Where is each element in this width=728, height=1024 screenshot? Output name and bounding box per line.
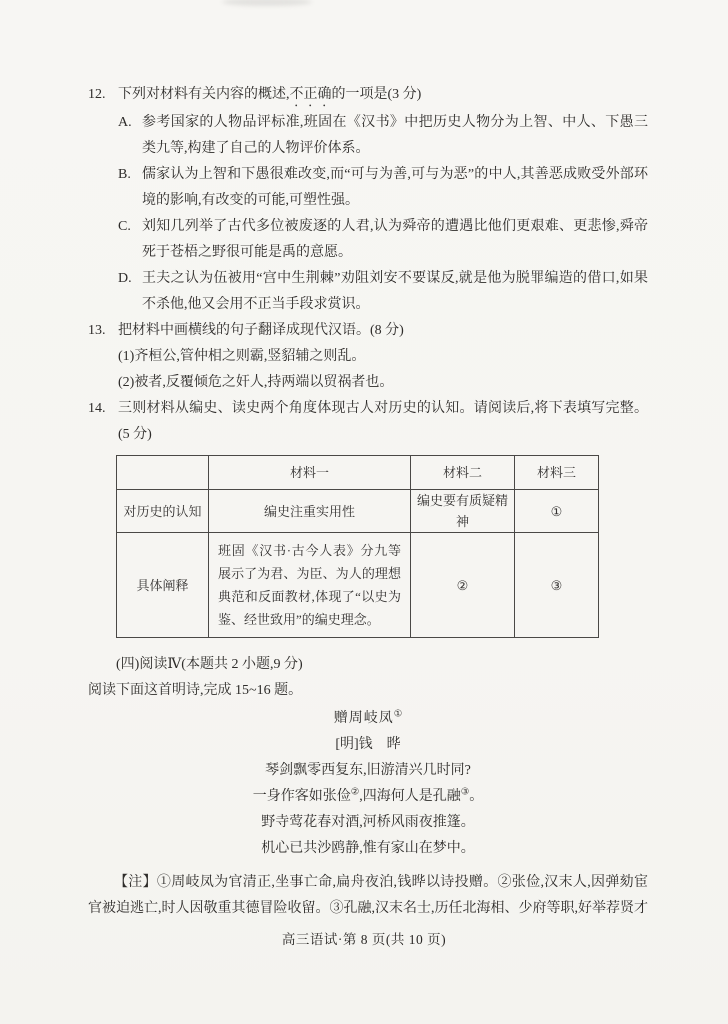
option-d-text: 王夫之认为伍被用“宫中生荆棘”劝阻刘安不要谋反,就是他为脱罪编造的借口,如果不杀… <box>142 266 648 318</box>
stem-emphasized: 不正确 <box>290 87 332 102</box>
question-14-body: 三则材料从编史、读史两个角度体现古人对历史的认知。请阅读后,将下表填写完整。(5… <box>118 396 648 448</box>
exam-page: 12. 下列对材料有关内容的概述,不正确的一项是(3 分) A. 参考国家的人物… <box>0 0 728 1024</box>
option-d-label: D. <box>118 266 142 318</box>
translation-item-2: (2)被者,反覆倾危之奸人,持两端以贸祸者也。 <box>118 370 648 396</box>
poem-title-line: 赠周岐凤① <box>88 706 648 732</box>
question-14: 14. 三则材料从编史、读史两个角度体现古人对历史的认知。请阅读后,将下表填写完… <box>88 396 648 448</box>
cognition-material-1: 编史注重实用性 <box>209 490 411 533</box>
question-13: 13. 把材料中画横线的句子翻译成现代汉语。(8 分) (1)齐桓公,管仲相之则… <box>88 318 648 396</box>
stem-post: 的一项是(3 分) <box>332 87 422 102</box>
row-label-cognition: 对历史的认知 <box>117 490 209 533</box>
question-12-number: 12. <box>88 82 118 318</box>
explanation-material-1: 班固《汉书·古今人表》分九等展示了为君、为臣、为人的理想典范和反面教材,体现了“… <box>209 533 411 638</box>
option-a-label: A. <box>118 110 142 162</box>
option-c-text: 刘知几列举了古代多位被废逐的人君,认为舜帝的遭遇比他们更艰难、更悲惨,舜帝死于苍… <box>142 214 648 266</box>
stem-pre: 下列对材料有关内容的概述, <box>118 87 290 102</box>
question-14-stem: 三则材料从编史、读史两个角度体现古人对历史的认知。请阅读后,将下表填写完整。(5… <box>118 396 648 448</box>
option-b: B. 儒家认为上智和下愚很难改变,而“可与为善,可与为恶”的中人,其善恶成败受外… <box>118 162 648 214</box>
poem-line-1: 琴剑飘零西复东,旧游清兴几时同? <box>88 758 648 784</box>
header-material-1: 材料一 <box>209 456 411 490</box>
question-14-number: 14. <box>88 396 118 448</box>
question-13-stem: 把材料中画横线的句子翻译成现代汉语。(8 分) <box>118 318 648 344</box>
option-b-text: 儒家认为上智和下愚很难改变,而“可与为善,可与为恶”的中人,其善恶成败受外部环境… <box>142 162 648 214</box>
note-marker-3: ③ <box>461 787 470 797</box>
question-12-body: 下列对材料有关内容的概述,不正确的一项是(3 分) A. 参考国家的人物品评标准… <box>118 82 648 318</box>
poem-annotations: 【注】①周岐凤为官清正,坐事亡命,扁舟夜泊,钱晔以诗投赠。②张俭,汉末人,因弹劾… <box>88 870 648 922</box>
q14-table: 材料一 材料二 材料三 对历史的认知 编史注重实用性 编史要有质疑精神 ① 具体… <box>116 455 599 638</box>
explanation-material-2-blank: ② <box>411 533 515 638</box>
page-content: 12. 下列对材料有关内容的概述,不正确的一项是(3 分) A. 参考国家的人物… <box>88 82 648 922</box>
option-a-text: 参考国家的人物品评标准,班固在《汉书》中把历史人物分为上智、中人、下愚三类九等,… <box>142 110 648 162</box>
note-marker-2: ② <box>351 787 360 797</box>
poem-line-2: 一身作客如张俭②,四海何人是孔融③。 <box>88 784 648 810</box>
table-header-row: 材料一 材料二 材料三 <box>117 456 599 490</box>
poem-title: 赠周岐凤 <box>334 711 394 726</box>
section-4-heading: (四)阅读Ⅳ(本题共 2 小题,9 分) <box>88 652 648 678</box>
question-12: 12. 下列对材料有关内容的概述,不正确的一项是(3 分) A. 参考国家的人物… <box>88 82 648 318</box>
poem-line-2-b: ,四海何人是孔融 <box>359 789 461 804</box>
option-c-label: C. <box>118 214 142 266</box>
row-label-explanation: 具体阐释 <box>117 533 209 638</box>
poem-author: [明]钱 晔 <box>88 732 648 758</box>
table-corner-cell <box>117 456 209 490</box>
option-d: D. 王夫之认为伍被用“宫中生荆棘”劝阻刘安不要谋反,就是他为脱罪编造的借口,如… <box>118 266 648 318</box>
scan-artifact <box>222 0 312 6</box>
page-footer: 高三语试·第 8 页(共 10 页) <box>0 928 728 948</box>
translation-item-1: (1)齐桓公,管仲相之则霸,竖貂辅之则乱。 <box>118 344 648 370</box>
question-13-body: 把材料中画横线的句子翻译成现代汉语。(8 分) (1)齐桓公,管仲相之则霸,竖貂… <box>118 318 648 396</box>
poem: 赠周岐凤① [明]钱 晔 琴剑飘零西复东,旧游清兴几时同? 一身作客如张俭②,四… <box>88 706 648 862</box>
poem-title-note-marker: ① <box>394 709 403 719</box>
cognition-material-2: 编史要有质疑精神 <box>411 490 515 533</box>
header-material-3: 材料三 <box>515 456 599 490</box>
poem-line-2-a: 一身作客如张俭 <box>253 789 351 804</box>
table-row-cognition: 对历史的认知 编史注重实用性 编史要有质疑精神 ① <box>117 490 599 533</box>
header-material-2: 材料二 <box>411 456 515 490</box>
option-a: A. 参考国家的人物品评标准,班固在《汉书》中把历史人物分为上智、中人、下愚三类… <box>118 110 648 162</box>
reading-intro: 阅读下面这首明诗,完成 15~16 题。 <box>88 678 648 704</box>
question-13-number: 13. <box>88 318 118 396</box>
table-row-explanation: 具体阐释 班固《汉书·古今人表》分九等展示了为君、为臣、为人的理想典范和反面教材… <box>117 533 599 638</box>
cognition-material-3-blank: ① <box>515 490 599 533</box>
question-12-stem: 下列对材料有关内容的概述,不正确的一项是(3 分) <box>118 82 648 110</box>
explanation-material-3-blank: ③ <box>515 533 599 638</box>
poem-line-4: 机心已共沙鸥静,惟有家山在梦中。 <box>88 836 648 862</box>
option-c: C. 刘知几列举了古代多位被废逐的人君,认为舜帝的遭遇比他们更艰难、更悲惨,舜帝… <box>118 214 648 266</box>
poem-line-2-c: 。 <box>469 789 483 804</box>
poem-line-3: 野寺莺花春对酒,河桥风雨夜推篷。 <box>88 810 648 836</box>
option-b-label: B. <box>118 162 142 214</box>
